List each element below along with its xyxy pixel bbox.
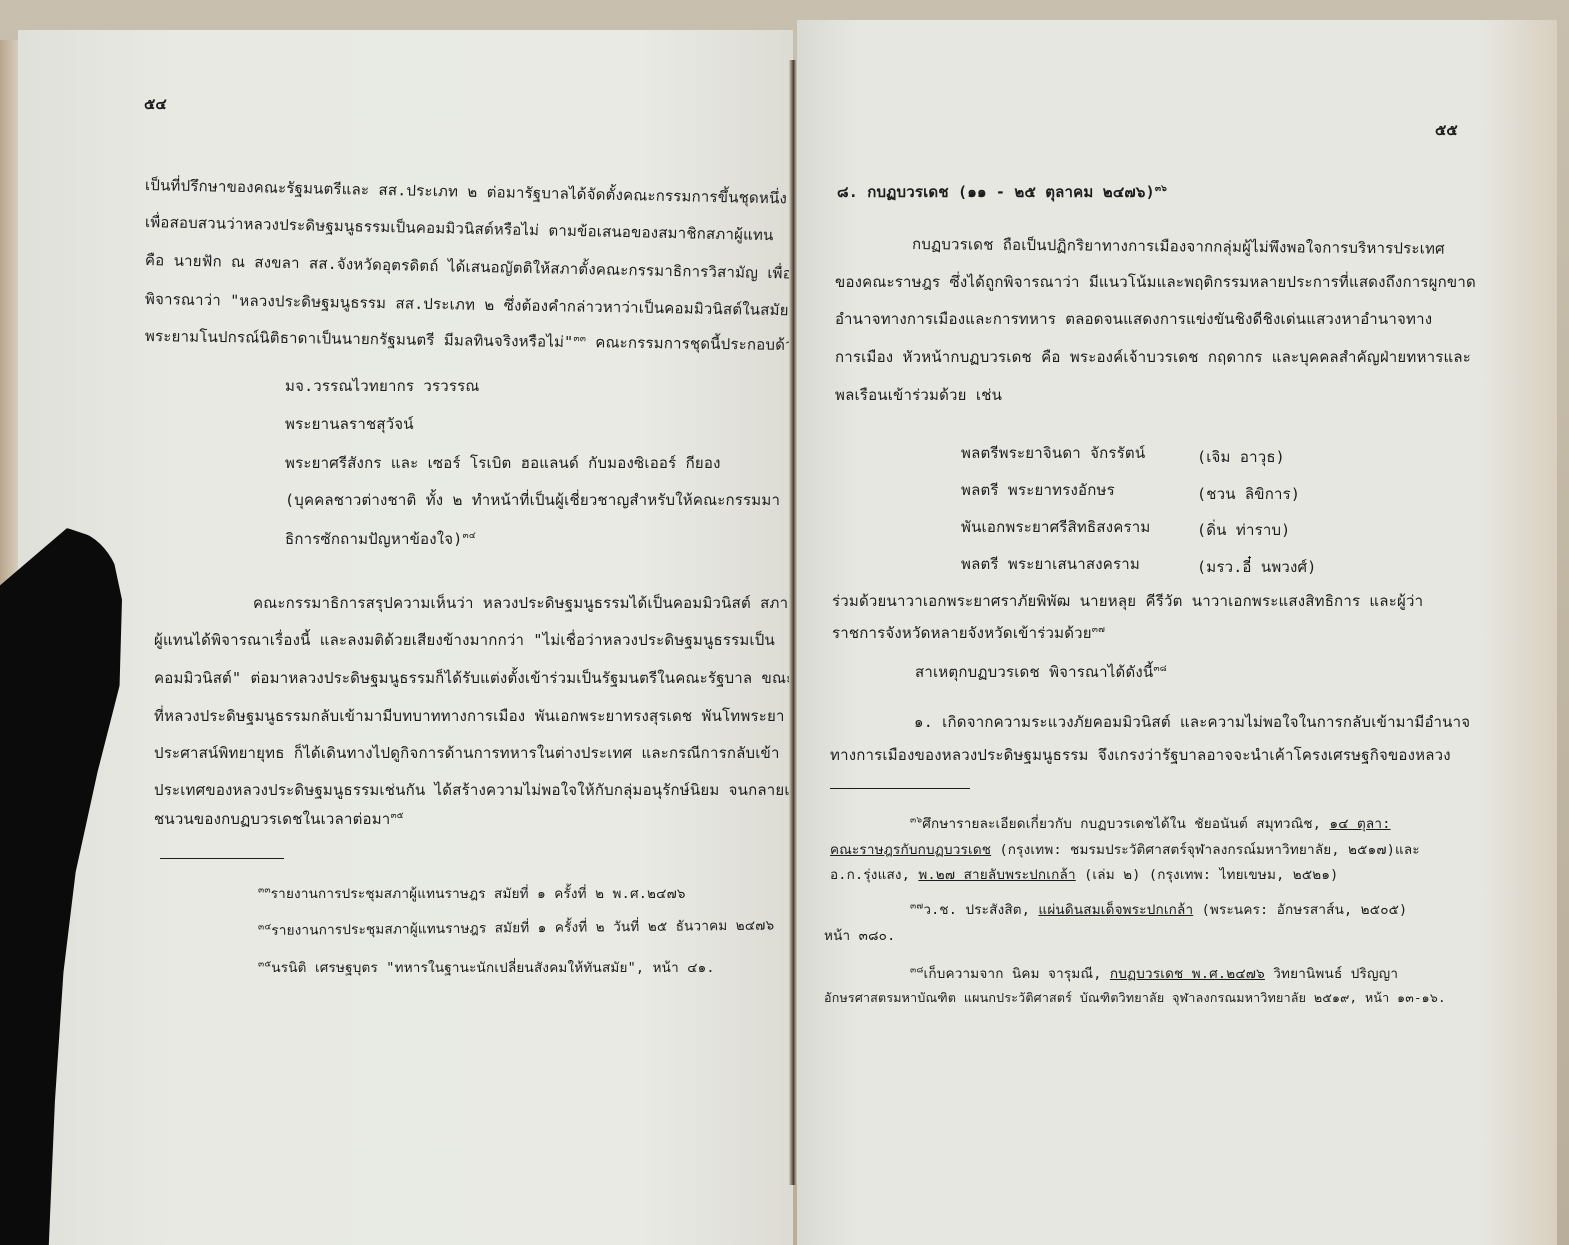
footnote-number: ๓๔: [258, 922, 271, 932]
cause-item-1: ๑. เกิดจากความระแวงภัยคอมมิวนิสต์ และควา…: [914, 710, 1470, 734]
book-photo: ๕๔ เป็นที่ปรึกษาของคณะรัฐมนตรีและ สส.ประ…: [0, 0, 1569, 1245]
footnote-ref: ๓๘: [1153, 664, 1167, 674]
footnote-36-cont: คณะราษฎรกับกบฏบวรเดช (กรุงเทพ: ชมรมประวั…: [830, 838, 1420, 860]
participant-name: (มรว.อี๋ นพวงศ์): [1197, 555, 1317, 579]
footnote-text: เก็บความจาก นิคม จารุมณี,: [924, 966, 1110, 982]
footnote-number: ๓๗: [910, 902, 923, 912]
footnote-37: ๓๗ว.ช. ประสังสิต, แผ่นดินสมเด็จพระปกเกล้…: [910, 898, 1407, 920]
footnote-ref: ๓๓: [573, 334, 586, 344]
paragraph-line: กบฏบวรเดช ถือเป็นปฏิกริยาทางการเมืองจากก…: [912, 232, 1445, 261]
paragraph-line: การเมือง หัวหน้ากบฏบวรเดช คือ พระองค์เจ้…: [835, 345, 1471, 369]
committee-member: พระยานลราชสุวัจน์: [285, 412, 414, 436]
heading-text: ๘. กบฏบวรเดช (๑๑ - ๒๕ ตุลาคม ๒๔๗๖): [837, 183, 1155, 201]
paragraph-line: ผู้แทนได้พิจารณาเรื่องนี้ และลงมติด้วยเส…: [154, 628, 775, 652]
committee-member: มจ.วรรณไวทยากร วรวรรณ: [285, 374, 480, 398]
footnote-text: อ.ก.รุ่งแสง,: [830, 867, 918, 883]
page-number-left: ๕๔: [144, 92, 167, 116]
footnote-divider: [830, 788, 970, 789]
paragraph-line: เพื่อสอบสวนว่าหลวงประดิษฐมนูธรรมเป็นคอมม…: [145, 210, 774, 247]
footnote-number: ๓๓: [258, 886, 271, 896]
book-gutter: [789, 60, 797, 1185]
footnote-text: วิทยานิพนธ์ ปริญญา: [1265, 966, 1398, 982]
footnote-text: ว.ช. ประสังสิต,: [923, 902, 1038, 918]
paragraph-line: ร่วมด้วยนาวาเอกพระยาศราภัยพิพัฒ นายหลุย …: [832, 589, 1423, 613]
footnote-35: ๓๕นรนิติ เศรษฐบุตร "ทหารในฐานะนักเปลี่ยน…: [258, 956, 715, 978]
footnote-33: ๓๓รายงานการประชุมสภาผู้แทนราษฎร สมัยที่ …: [258, 882, 686, 904]
paragraph-text: ชนวนของกบฏบวรเดชในเวลาต่อมา: [154, 810, 390, 828]
paragraph-line: พระยามโนปกรณ์นิติธาดาเป็นนายกรัฐมนตรี มี…: [145, 324, 803, 357]
participant-title: พันเอกพระยาศรีสิทธิสงคราม: [961, 515, 1150, 539]
committee-member: พระยาศรีสังกร และ เซอร์ โรเบิต ฮอแลนด์ ก…: [285, 451, 721, 475]
paragraph-line: คอมมิวนิสต์" ต่อมาหลวงประดิษฐมนูธรรมก็ได…: [154, 666, 794, 690]
footnote-text: รายงานการประชุมสภาผู้แทนราษฎร สมัยที่ ๑ …: [271, 918, 774, 939]
paragraph-line: ประศาสน์พิทยายุทธ ก็ได้เดินทางไปดูกิจการ…: [154, 741, 780, 765]
footnote-ref: ๓๕: [390, 811, 403, 821]
footnote-book-title: แผ่นดินสมเด็จพระปกเกล้า: [1038, 902, 1193, 918]
participant-name: (เจิม อาวุธ): [1197, 445, 1285, 469]
footnote-38-cont: อักษรศาสตรมหาบัณฑิต แผนกประวัติศาสตร์ บั…: [824, 988, 1446, 1008]
participant-name: (ดิ่น ท่าราบ): [1197, 518, 1290, 542]
participant-title: พลตรี พระยาทรงอักษร: [961, 478, 1115, 502]
footnote-text: (กรุงเทพ: ชมรมประวัติศาสตร์จุฬาลงกรณ์มหา…: [991, 842, 1420, 858]
footnote-number: ๓๖: [910, 816, 922, 826]
paragraph-line: อำนาจทางการเมืองและการทหาร ตลอดจนแสดงการ…: [835, 307, 1432, 331]
footnote-text: นรนิติ เศรษฐบุตร "ทหารในฐานะนักเปลี่ยนสั…: [271, 960, 714, 976]
committee-member-text: ธิการซักถามปัญหาข้องใจ): [285, 530, 463, 548]
footnote-book-title: คณะราษฎรกับกบฏบวรเดช: [830, 842, 991, 858]
paragraph-line: ราชการจังหวัดหลายจังหวัดเข้าร่วมด้วย๓๗: [832, 621, 1105, 645]
footnote-book-title: พ.๒๗ สายลับพระปกเกล้า: [918, 867, 1075, 883]
footnote-book-title: กบฏบวรเดช พ.ศ.๒๔๗๖: [1110, 966, 1265, 982]
footnote-ref: ๓๗: [1092, 625, 1105, 635]
footnote-34: ๓๔รายงานการประชุมสภาผู้แทนราษฎร สมัยที่ …: [258, 914, 775, 941]
paragraph-line: คณะกรรมาธิการสรุปความเห็นว่า หลวงประดิษฐ…: [253, 591, 788, 615]
paragraph-line: เป็นที่ปรึกษาของคณะรัฐมนตรีและ สส.ประเภท…: [145, 173, 788, 210]
participant-name: (ชวน ลิขิการ): [1197, 482, 1300, 506]
footnote-37-cont: หน้า ๓๘๐.: [824, 924, 895, 946]
causes-intro: สาเหตุกบฏบวรเดช พิจารณาได้ดังนี้๓๘: [915, 660, 1167, 684]
paragraph-text: พระยามโนปกรณ์นิติธาดาเป็นนายกรัฐมนตรี มี…: [145, 327, 574, 351]
footnote-38: ๓๘เก็บความจาก นิคม จารุมณี, กบฏบวรเดช พ.…: [910, 962, 1398, 984]
footnote-text: (พระนคร: อักษรสาส์น, ๒๕๐๕): [1193, 902, 1407, 918]
paragraph-line: พลเรือนเข้าร่วมด้วย เช่น: [835, 383, 1002, 407]
footnote-ref: ๓๖: [1155, 184, 1167, 194]
paragraph-line: พิจารณาว่า "หลวงประดิษฐมนูธรรม สส.ประเภท…: [145, 287, 789, 322]
paragraph-line: ประเทศของหลวงประดิษฐมนูธรรมเช่นกัน ได้สร…: [154, 778, 810, 802]
footnote-text: (เล่ม ๒) (กรุงเทพ: ไทยเขษม, ๒๕๒๑): [1076, 867, 1339, 883]
causes-intro-text: สาเหตุกบฏบวรเดช พิจารณาได้ดังนี้: [915, 663, 1153, 681]
participant-title: พลตรี พระยาเสนาสงคราม: [961, 552, 1140, 576]
footnote-number: ๓๕: [258, 960, 271, 970]
paragraph-text: ราชการจังหวัดหลายจังหวัดเข้าร่วมด้วย: [832, 624, 1092, 642]
participant-title: พลตรีพระยาจินดา จักรรัตน์: [961, 441, 1145, 465]
paragraph-line: ของคณะราษฎร ซึ่งได้ถูกพิจารณาว่า มีแนวโน…: [835, 270, 1476, 294]
committee-member: ธิการซักถามปัญหาข้องใจ)๓๔: [285, 527, 476, 551]
footnote-ref: ๓๔: [463, 531, 476, 541]
footnote-36-cont: อ.ก.รุ่งแสง, พ.๒๗ สายลับพระปกเกล้า (เล่ม…: [830, 863, 1339, 885]
left-page: ๕๔ เป็นที่ปรึกษาของคณะรัฐมนตรีและ สส.ประ…: [18, 30, 793, 1245]
paragraph-text: คณะกรรมการชุดนี้ประกอบด้วย: [595, 333, 803, 354]
page-number-right: ๕๕: [1435, 118, 1458, 142]
right-page: ๕๕ ๘. กบฏบวรเดช (๑๑ - ๒๕ ตุลาคม ๒๔๗๖)๓๖ …: [797, 20, 1557, 1245]
footnote-text: ศึกษารายละเอียดเกี่ยวกับ กบฏบวรเดชได้ใน …: [922, 816, 1329, 832]
paragraph-line: คือ นายฟัก ณ สงขลา สส.จังหวัดอุตรดิตถ์ ไ…: [145, 248, 792, 286]
committee-member: (บุคคลชาวต่างชาติ ทั้ง ๒ ทำหน้าที่เป็นผู…: [285, 488, 780, 512]
paragraph-line: ที่หลวงประดิษฐมนูธรรมกลับเข้ามามีบทบาททา…: [154, 704, 785, 728]
paragraph-line: ชนวนของกบฏบวรเดชในเวลาต่อมา๓๕: [154, 807, 404, 831]
cause-item-1-cont: ทางการเมืองของหลวงประดิษฐมนูธรรม จึงเกรง…: [830, 743, 1451, 767]
section-heading: ๘. กบฏบวรเดช (๑๑ - ๒๕ ตุลาคม ๒๔๗๖)๓๖: [837, 180, 1167, 204]
footnote-divider: [160, 858, 284, 859]
footnote-text: รายงานการประชุมสภาผู้แทนราษฎร สมัยที่ ๑ …: [271, 886, 686, 902]
footnote-number: ๓๘: [910, 966, 924, 976]
footnote-36: ๓๖ศึกษารายละเอียดเกี่ยวกับ กบฏบวรเดชได้ใ…: [910, 812, 1391, 834]
footnote-book-title: ๑๔ ตุลา:: [1329, 816, 1390, 832]
